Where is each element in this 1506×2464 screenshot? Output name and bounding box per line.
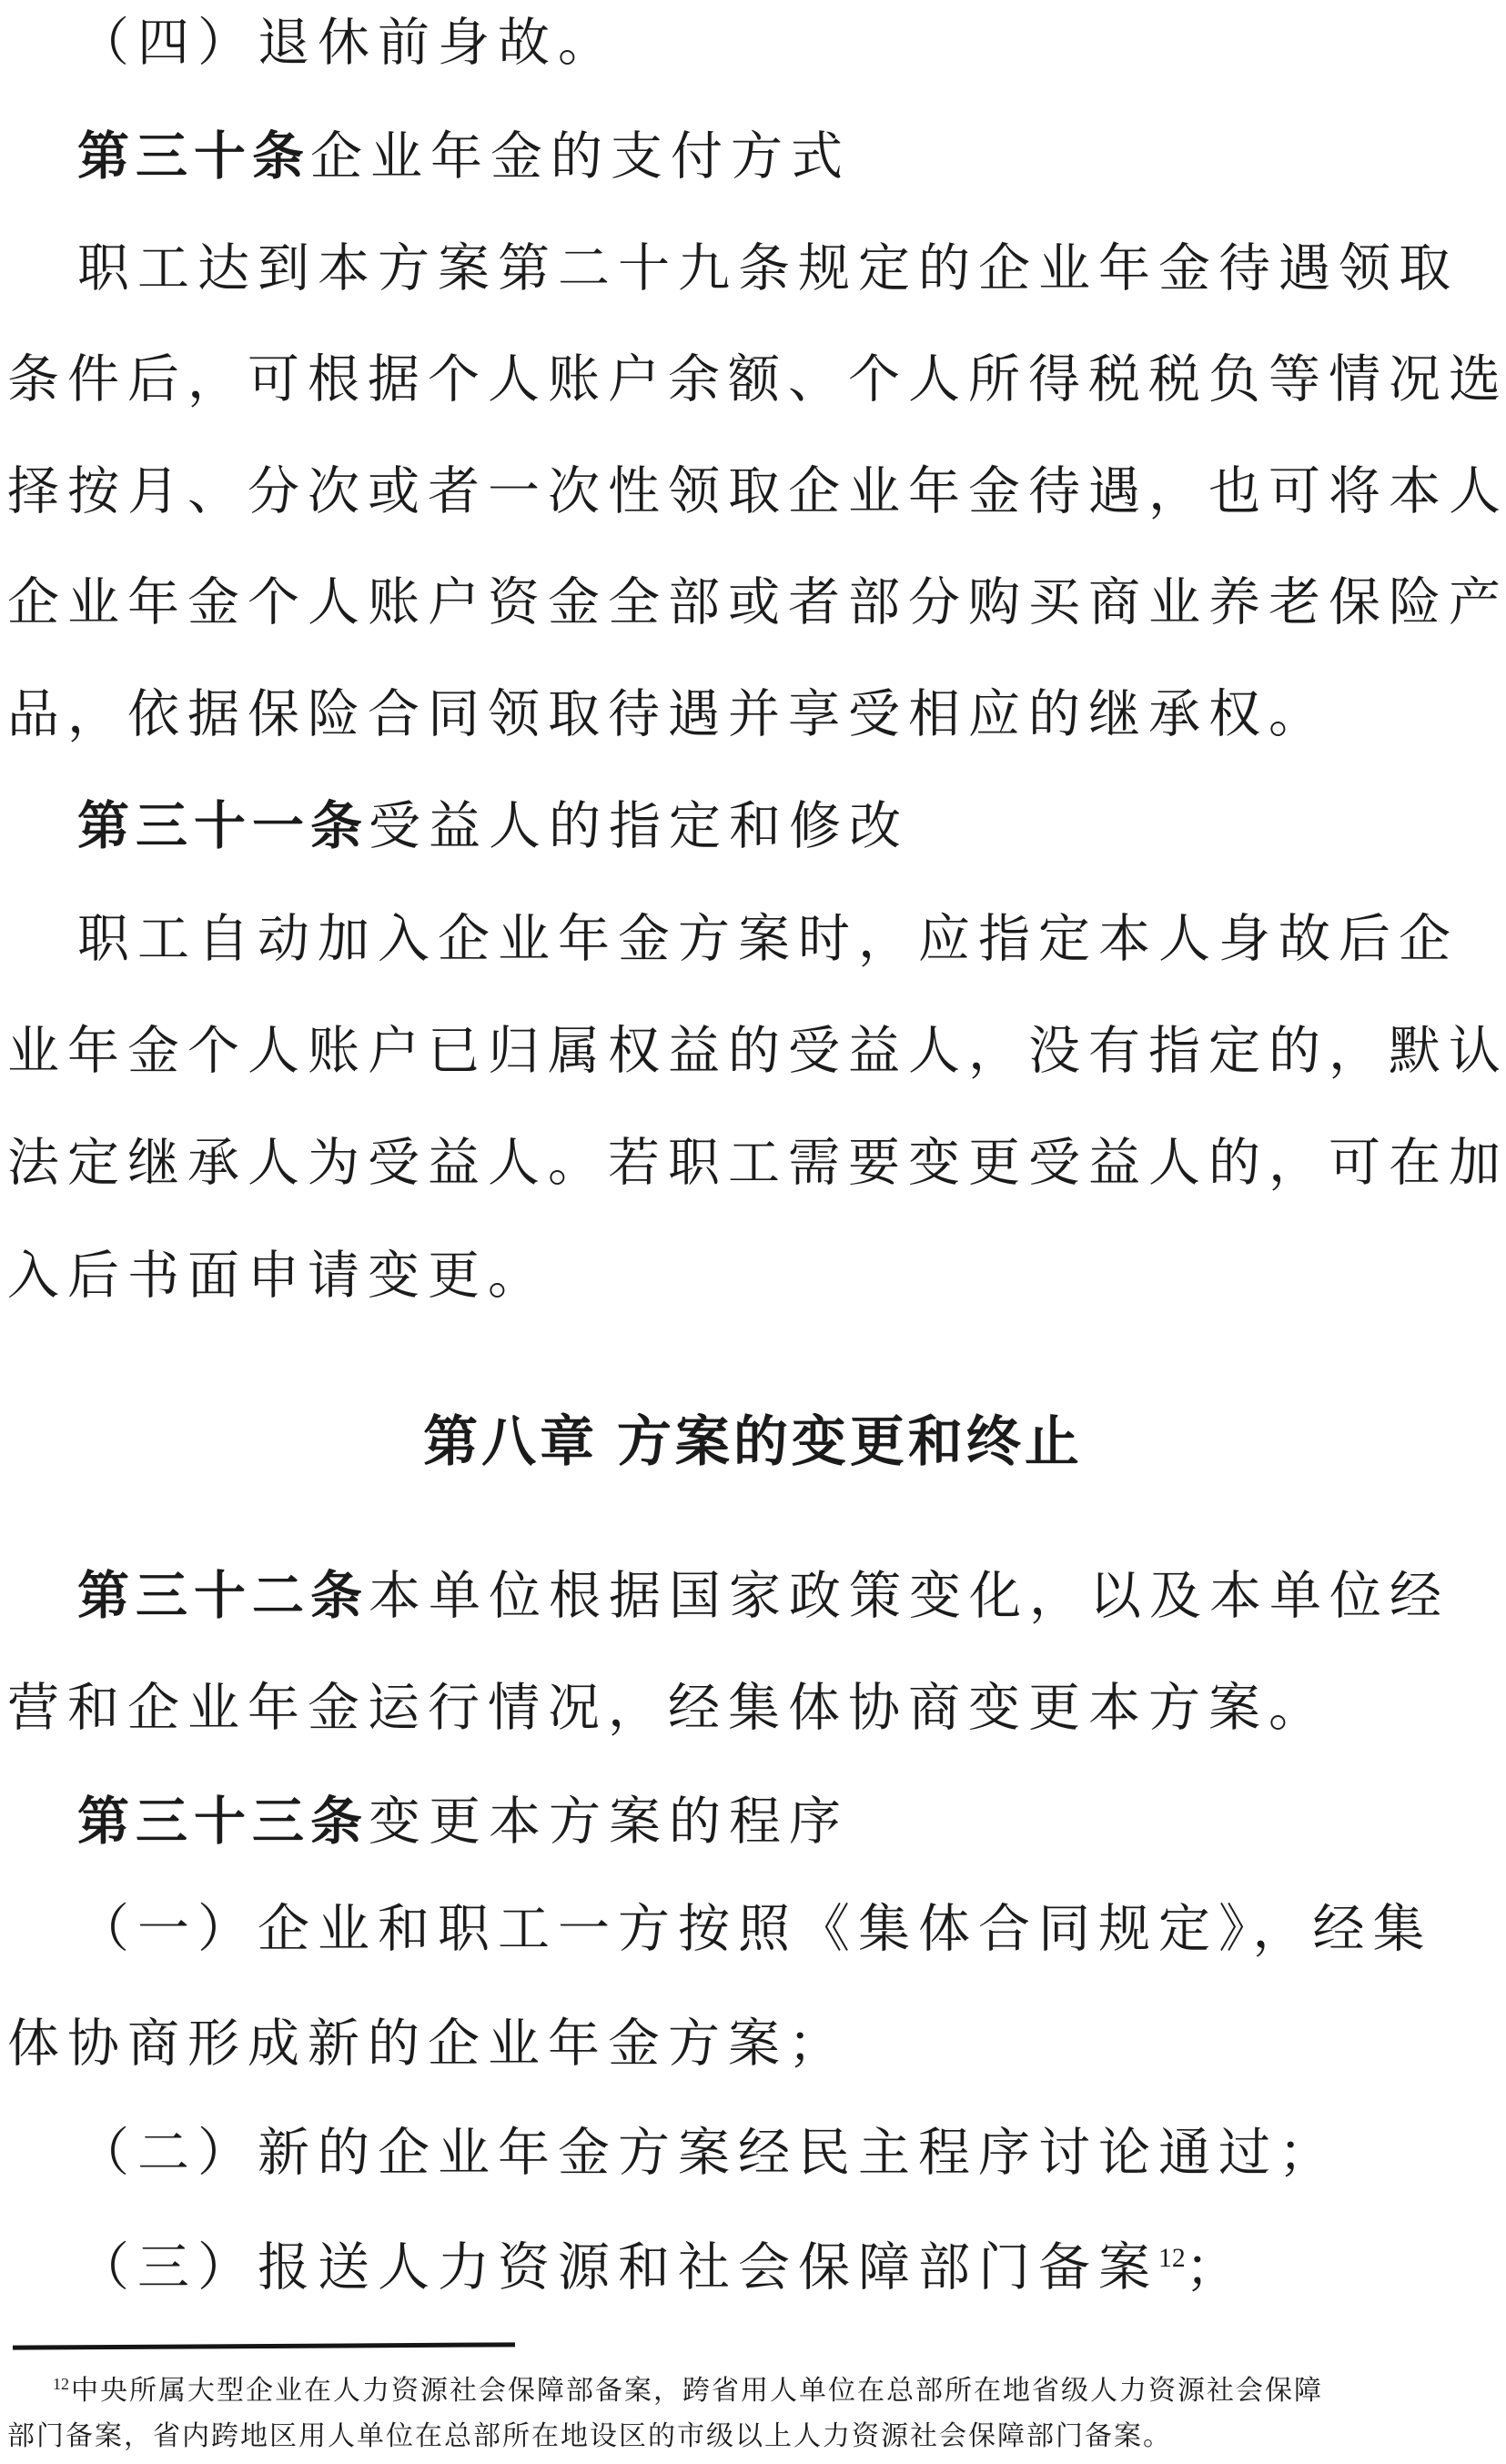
- line-text: 业年金个人账户已归属权益的受益人，没有指定的，默认: [7, 1023, 1506, 1080]
- line-text: ；: [1186, 2239, 1246, 2297]
- text-line: （三）报送人力资源和社会保障部门备案12；: [77, 2238, 1246, 2298]
- line-text: 企业年金个人账户资金全部或者部分购买商业养老保险产: [7, 574, 1506, 631]
- line-text: 企业年金的支付方式: [310, 128, 851, 186]
- line-text: 变更本方案的程序: [369, 1793, 849, 1851]
- line-text: 入后书面申请变更。: [7, 1247, 548, 1305]
- text-line: 法定继承人为受益人。若职工需要变更受益人的，可在加: [7, 1134, 1506, 1194]
- line-text: （三）报送人力资源和社会保障部门备案: [77, 2239, 1158, 2297]
- article-number: 第三十二条: [77, 1568, 369, 1625]
- line-text: 职工达到本方案第二十九条规定的企业年金待遇领取: [77, 240, 1459, 298]
- footnote-marker: 12: [53, 2375, 69, 2393]
- text-line: （一）企业和职工一方按照《集体合同规定》，经集: [77, 1900, 1433, 1960]
- footnote-line: 12中央所属大型企业在人力资源社会保障部备案，跨省用人单位在总部所在地省级人力资…: [53, 2375, 1323, 2408]
- text-line: 业年金个人账户已归属权益的受益人，没有指定的，默认: [7, 1022, 1506, 1082]
- line-text: 营和企业年金运行情况，经集体协商变更本方案。: [7, 1680, 1329, 1737]
- text-line: 第三十三条变更本方案的程序: [77, 1792, 849, 1853]
- text-line: 第三十条企业年金的支付方式: [77, 127, 851, 187]
- document-page: （四）退休前身故。 第三十条企业年金的支付方式 职工达到本方案第二十九条规定的企…: [0, 0, 1506, 2464]
- line-text: 品，依据保险合同领取待遇并享受相应的继承权。: [7, 686, 1329, 743]
- line-text: 职工自动加入企业年金方案时，应指定本人身故后企: [77, 911, 1459, 968]
- text-line: 第三十二条本单位根据国家政策变化，以及本单位经: [77, 1567, 1450, 1627]
- text-line: 条件后，可根据个人账户余额、个人所得税税负等情况选: [7, 350, 1506, 410]
- text-line: （二）新的企业年金方案经民主程序讨论通过；: [77, 2124, 1339, 2184]
- line-text: 受益人的指定和修改: [369, 798, 909, 855]
- text-line: 职工达到本方案第二十九条规定的企业年金待遇领取: [77, 239, 1459, 299]
- footnote-text: 部门备案，省内跨地区用人单位在总部所在地设区的市级以上人力资源社会保障部门备案。: [7, 2421, 1172, 2451]
- article-number: 第三十一条: [77, 798, 369, 855]
- article-number: 第三十三条: [77, 1793, 369, 1851]
- line-text: 择按月、分次或者一次性领取企业年金待遇，也可将本人: [7, 463, 1506, 520]
- text-line: 企业年金个人账户资金全部或者部分购买商业养老保险产: [7, 573, 1506, 633]
- article-number: 第三十条: [77, 128, 310, 186]
- footnote-divider: [13, 2342, 515, 2349]
- text-line: 第三十一条受益人的指定和修改: [77, 797, 909, 857]
- text-line: 入后书面申请变更。: [7, 1247, 548, 1307]
- line-text: 法定继承人为受益人。若职工需要变更受益人的，可在加: [7, 1135, 1506, 1192]
- text-line: 品，依据保险合同领取待遇并享受相应的继承权。: [7, 685, 1329, 745]
- text-line: 职工自动加入企业年金方案时，应指定本人身故后企: [77, 910, 1459, 970]
- text-line: 择按月、分次或者一次性领取企业年金待遇，也可将本人: [7, 462, 1506, 522]
- line-text: 条件后，可根据个人账户余额、个人所得税税负等情况选: [7, 351, 1506, 409]
- footnote-ref: 12: [1158, 2244, 1186, 2273]
- chapter-heading: 第八章 方案的变更和终止: [0, 1399, 1506, 1477]
- line-text: （二）新的企业年金方案经民主程序讨论通过；: [77, 2125, 1339, 2182]
- text-line: 营和企业年金运行情况，经集体协商变更本方案。: [7, 1679, 1329, 1739]
- footnote-line: 部门备案，省内跨地区用人单位在总部所在地设区的市级以上人力资源社会保障部门备案。: [7, 2420, 1172, 2453]
- line-text: （四）退休前身故。: [77, 15, 618, 72]
- text-line: 体协商形成新的企业年金方案；: [7, 2015, 848, 2075]
- line-text: 体协商形成新的企业年金方案；: [7, 2015, 848, 2073]
- text-line: （四）退休前身故。: [77, 14, 618, 74]
- line-text: 本单位根据国家政策变化，以及本单位经: [369, 1568, 1450, 1625]
- line-text: （一）企业和职工一方按照《集体合同规定》，经集: [77, 1901, 1433, 1958]
- footnote-text: 中央所属大型企业在人力资源社会保障部备案，跨省用人单位在总部所在地省级人力资源社…: [71, 2376, 1323, 2406]
